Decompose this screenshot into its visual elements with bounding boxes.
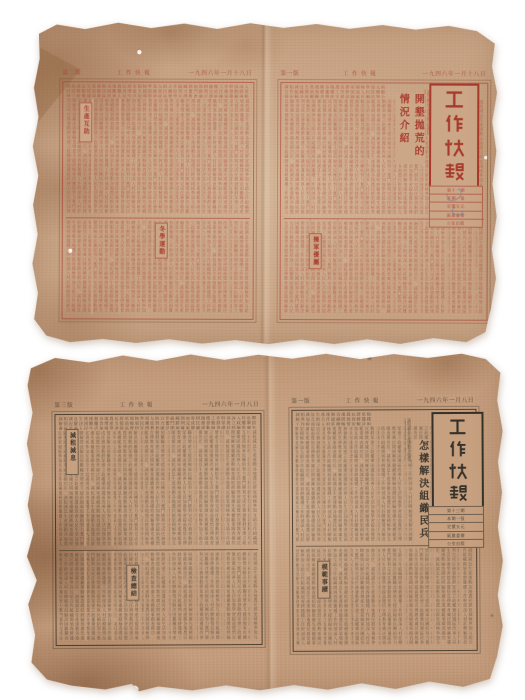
- info-row: 公室出版: [430, 219, 482, 226]
- masthead-box: 工作快報: [431, 412, 484, 508]
- date-label: 一九四六年一月十八日: [422, 70, 486, 78]
- boxed-subheadline: 生產互助: [79, 102, 92, 142]
- paper-title-label: 工作快報: [117, 68, 153, 76]
- masthead-glyph-kuai: [436, 461, 480, 481]
- boxed-subheadline: 減租減息: [66, 429, 79, 475]
- page-header-left: 第三版 工作快報 一九四六年一月八日: [54, 399, 259, 409]
- page-header-right: 第一版 工作快報 一九四六年一月十八日: [280, 68, 486, 78]
- info-row: 第十三期: [429, 507, 483, 515]
- boxed-subheadline: 冬學運動: [155, 223, 168, 259]
- masthead-glyph-gong: [435, 417, 479, 437]
- upper-text-band: 減租減息生產運動各地農民群眾積極參加互助合作組織開展春耕播種工作幹部深入村莊瞭解…: [59, 430, 259, 546]
- page-number-label: 第一版: [291, 397, 310, 405]
- masthead-glyph-kuai: [433, 137, 475, 159]
- paper-title-label: 工作快報: [345, 396, 381, 404]
- body-text-columns: 減租減息生產運動各地農民群眾積極參加互助合作組織開展春耕播種工作幹部深入村莊瞭解…: [59, 430, 259, 546]
- top-article-rows: 減租減息生產運動各地農民群眾積極參加互助合作組織開展春耕播種工作幹部深入村莊瞭解…: [66, 84, 250, 98]
- date-label: 一九四六年一月十八日: [188, 69, 252, 77]
- masthead-glyph-gong: [433, 89, 475, 111]
- body-text-columns: 減租減息生產運動各地農民群眾積極參加互助合作組織開展春耕播種工作幹部深入村莊瞭解…: [66, 98, 250, 214]
- info-row: 定價五元: [429, 523, 483, 531]
- red-newspaper-sheet-wrap: 第二版 工作快報 一九四六年一月十八日 第一版 工作快報 一九四六年一月十八日 …: [27, 19, 500, 347]
- masthead-glyph-bao: [436, 483, 480, 503]
- masthead-glyph-bao: [433, 161, 475, 183]
- boxed-subheadline: 檢查總結: [126, 565, 139, 601]
- top-article-rows: 減租減息生產運動各地農民群眾積極參加互助合作組織開展春耕播種工作幹部深入村莊瞭解…: [295, 412, 375, 425]
- black-newspaper-sheet-wrap: 第三版 工作快報 一九四六年一月八日 第一版 工作快報 一九四六年一月八日 減租…: [21, 349, 507, 694]
- masthead-glyph-zuo: [436, 439, 480, 459]
- upper-text-band: 減租減息生產運動各地農民群眾積極參加互助合作組織開展春耕播種工作幹部深入村莊瞭解…: [66, 98, 250, 214]
- page-header-right: 第一版 工作快報 一九四六年一月八日: [291, 395, 474, 405]
- page-frame-right: 減租減息生產運動各地農民群眾積極參加互助合作組織開展春耕播種工作幹部深入村莊瞭解…: [280, 82, 489, 321]
- date-label: 一九四六年一月八日: [417, 396, 475, 404]
- masthead-box: 工作快報: [429, 84, 479, 188]
- main-headline: 開墾拋荒的情況介紹: [395, 93, 425, 163]
- boxed-subheadline: 擁軍優屬: [309, 233, 322, 269]
- page-frame-left: 減租減息生產運動各地農民群眾積極參加互助合作組織開展春耕播種工作幹部深入村莊瞭解…: [62, 81, 255, 320]
- masthead-glyph-zuo: [433, 113, 475, 135]
- top-article-rows: 減租減息生產運動各地農民群眾積極參加互助合作組織開展春耕播種工作幹部深入村莊瞭解…: [284, 85, 387, 98]
- page-number-label: 第一版: [280, 69, 299, 77]
- page-frame-right: 減租減息生產運動各地農民群眾積極參加互助合作組織開展春耕播種工作幹部深入村莊瞭解…: [291, 409, 477, 652]
- info-row: 公室出版: [429, 540, 483, 547]
- date-label: 一九四六年一月八日: [202, 400, 260, 408]
- boxed-subheadline: 模範事蹟: [317, 561, 330, 599]
- red-newspaper-sheet: 第二版 工作快報 一九四六年一月十八日 第一版 工作快報 一九四六年一月十八日 …: [27, 19, 500, 347]
- photo-backdrop: 第二版 工作快報 一九四六年一月十八日 第一版 工作快報 一九四六年一月十八日 …: [0, 0, 525, 700]
- masthead-info-table: 第十三期 本期一張 定價五元 區黨委辦 公室出版: [428, 506, 484, 548]
- body-text-columns: 減租減息生產運動各地農民群眾積極參加互助合作組織開展春耕播種工作幹部深入村莊瞭解…: [59, 552, 258, 641]
- info-row: 本期一張: [429, 515, 483, 523]
- page-number-label: 第二版: [62, 68, 81, 76]
- headline-kicker: 減租減息生產運動各地農民群眾積極參加互助合作組織開展春耕播種工作幹部深入村莊瞭解…: [404, 418, 411, 460]
- lower-text-band: 減租減息生產運動各地農民群眾積極參加互助合作組織開展春耕播種工作幹部深入村莊瞭解…: [59, 549, 258, 641]
- info-row: 區黨委辦: [429, 531, 483, 539]
- page-number-label: 第三版: [54, 401, 73, 409]
- top-article-rows: 減租減息生產運動各地農民群眾積極參加互助合作組織開展春耕播種工作幹部深入村莊瞭解…: [58, 416, 257, 430]
- paper-title-label: 工作快報: [343, 69, 379, 77]
- page-frame-left: 減租減息生產運動各地農民群眾積極參加互助合作組織開展春耕播種工作幹部深入村莊瞭解…: [54, 413, 262, 646]
- black-newspaper-sheet: 第三版 工作快報 一九四六年一月八日 第一版 工作快報 一九四六年一月八日 減租…: [21, 349, 507, 694]
- paper-title-label: 工作快報: [119, 401, 155, 409]
- page-header-left: 第二版 工作快報 一九四六年一月十八日: [62, 67, 252, 77]
